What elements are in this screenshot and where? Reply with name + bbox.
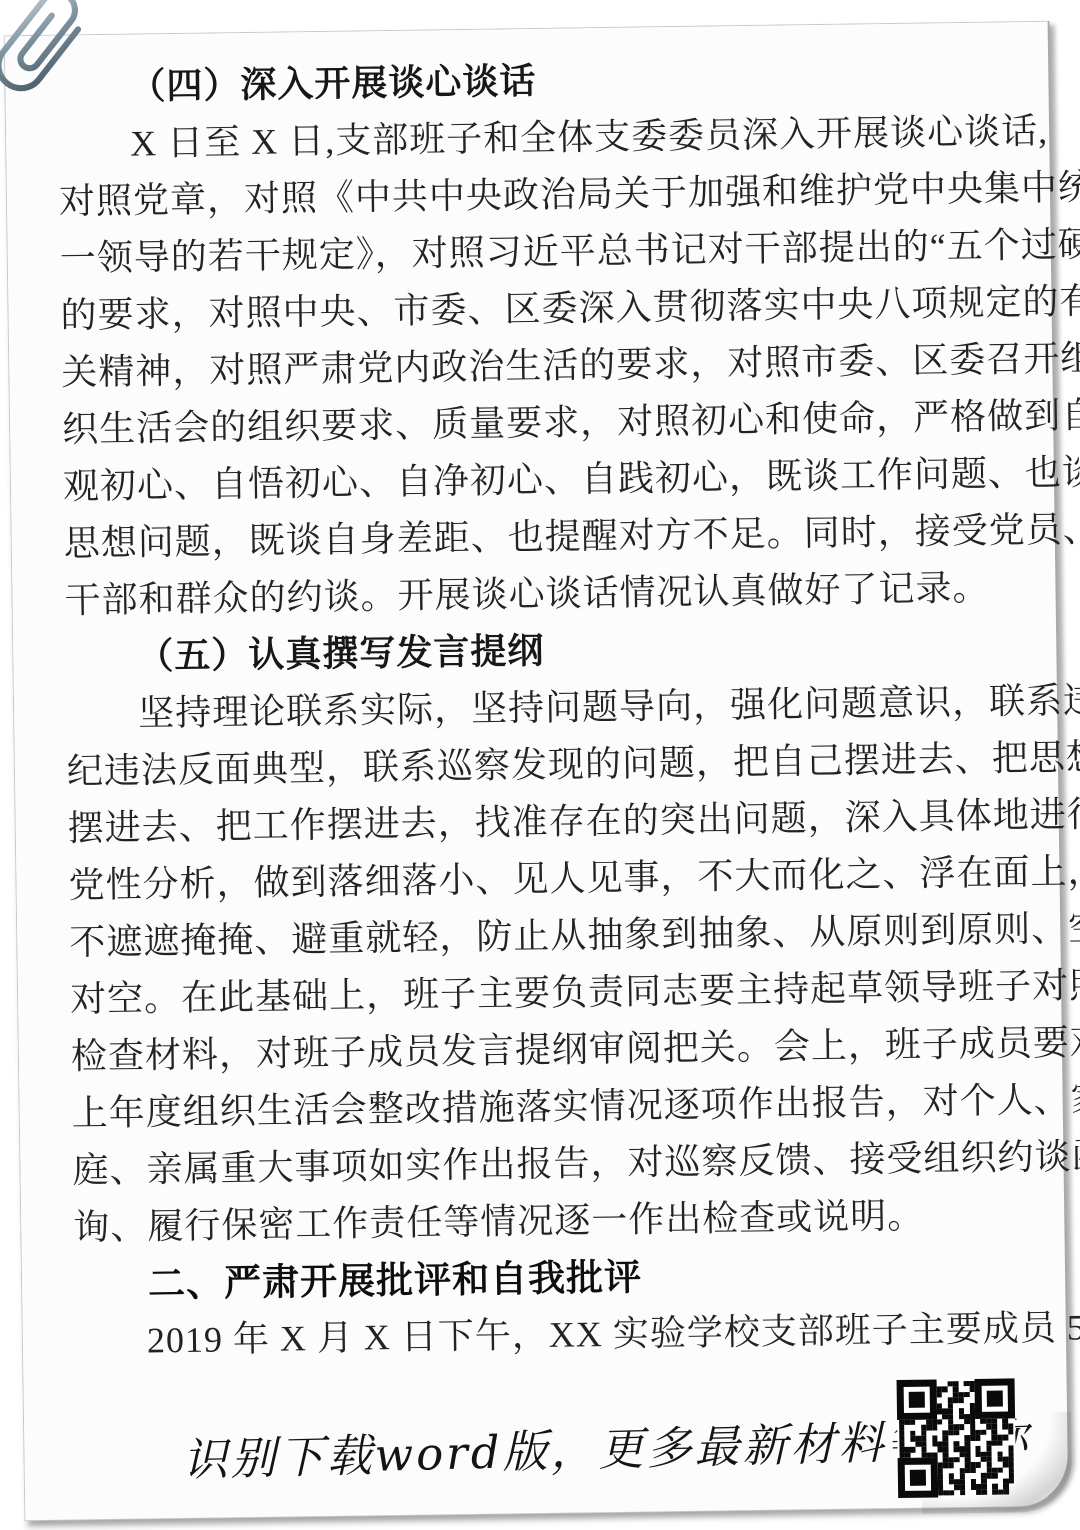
qr-finder-top-left	[897, 1379, 938, 1420]
doc-line: 2019 年 X 月 X 日下午，XX 实验学校支部班子主要成员 5	[75, 1300, 1033, 1370]
qr-code	[897, 1378, 1017, 1498]
qr-finder-bottom-left	[898, 1457, 939, 1498]
document-body: （四）深入开展谈心谈话 X 日至 X 日,支部班子和全体支委委员深入开展谈心谈话…	[57, 46, 1032, 1370]
paper-page: （四）深入开展谈心谈话 X 日至 X 日,支部班子和全体支委委员深入开展谈心谈话…	[4, 21, 1071, 1521]
qr-finder-top-right	[975, 1378, 1016, 1419]
